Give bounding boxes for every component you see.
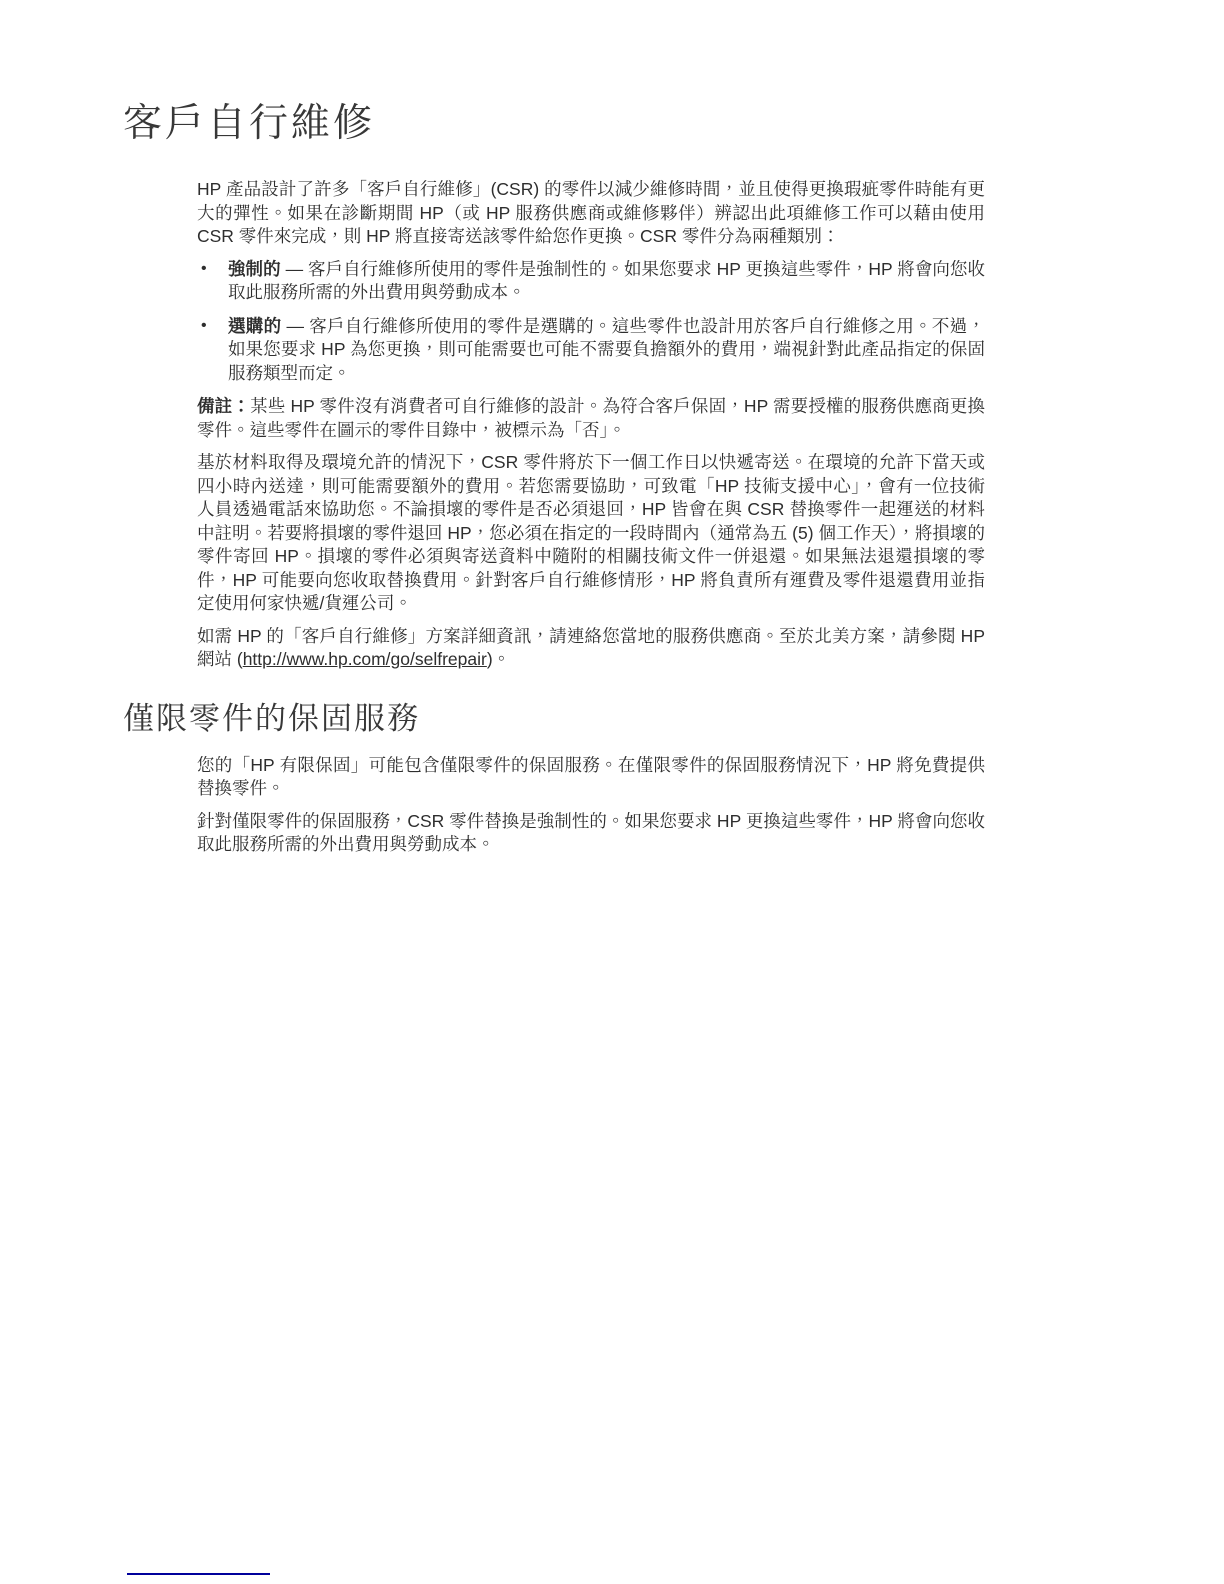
csr-category-list: • 強制的 — 客戶自行維修所使用的零件是強制性的。如果您要求 HP 更換這些零…: [197, 258, 985, 386]
shipping-paragraph: 基於材料取得及環境允許的情況下，CSR 零件將於下一個工作日以快遞寄送。在環境的…: [197, 451, 985, 616]
bullet-icon: •: [201, 314, 207, 338]
list-item-optional: • 選購的 — 客戶自行維修所使用的零件是選購的。這些零件也設計用於客戶自行維修…: [197, 315, 985, 386]
more-info-text-after: )。: [487, 649, 510, 669]
note-text: 某些 HP 零件沒有消費者可自行維修的設計。為符合客戶保固，HP 需要授權的服務…: [197, 396, 985, 440]
list-item-text: 強制的 — 客戶自行維修所使用的零件是強制性的。如果您要求 HP 更換這些零件，…: [228, 259, 985, 303]
mandatory-term: 強制的: [228, 259, 281, 279]
selfrepair-link[interactable]: http://www.hp.com/go/selfrepair: [243, 649, 487, 669]
note-label: 備註：: [197, 396, 250, 416]
section-title-parts-only: 僅限零件的保固服務: [123, 700, 1224, 738]
csr-intro-paragraph: HP 產品設計了許多「客戶自行維修」(CSR) 的零件以減少維修時間，並且使得更…: [197, 178, 985, 249]
csr-section-body: HP 產品設計了許多「客戶自行維修」(CSR) 的零件以減少維修時間，並且使得更…: [197, 178, 985, 672]
parts-only-section-body: 您的「HP 有限保固」可能包含僅限零件的保固服務。在僅限零件的保固服務情況下，H…: [197, 754, 985, 857]
page-title: 客戶自行維修: [123, 102, 1224, 146]
parts-only-paragraph-2: 針對僅限零件的保固服務，CSR 零件替換是強制性的。如果您要求 HP 更換這些零…: [197, 810, 985, 857]
parts-only-paragraph-1: 您的「HP 有限保固」可能包含僅限零件的保固服務。在僅限零件的保固服務情況下，H…: [197, 754, 985, 801]
mandatory-description: — 客戶自行維修所使用的零件是強制性的。如果您要求 HP 更換這些零件，HP 將…: [228, 259, 985, 303]
footer-rule: [127, 1573, 270, 1575]
more-info-paragraph: 如需 HP 的「客戶自行維修」方案詳細資訊，請連絡您當地的服務供應商。至於北美方…: [197, 625, 985, 672]
optional-term: 選購的: [228, 316, 281, 336]
document-page: 客戶自行維修 HP 產品設計了許多「客戶自行維修」(CSR) 的零件以減少維修時…: [0, 0, 1224, 1584]
optional-description: — 客戶自行維修所使用的零件是選購的。這些零件也設計用於客戶自行維修之用。不過，…: [228, 316, 985, 383]
note-paragraph: 備註：某些 HP 零件沒有消費者可自行維修的設計。為符合客戶保固，HP 需要授權…: [197, 395, 985, 442]
list-item-mandatory: • 強制的 — 客戶自行維修所使用的零件是強制性的。如果您要求 HP 更換這些零…: [197, 258, 985, 305]
list-item-text: 選購的 — 客戶自行維修所使用的零件是選購的。這些零件也設計用於客戶自行維修之用…: [228, 316, 985, 383]
bullet-icon: •: [201, 257, 207, 281]
